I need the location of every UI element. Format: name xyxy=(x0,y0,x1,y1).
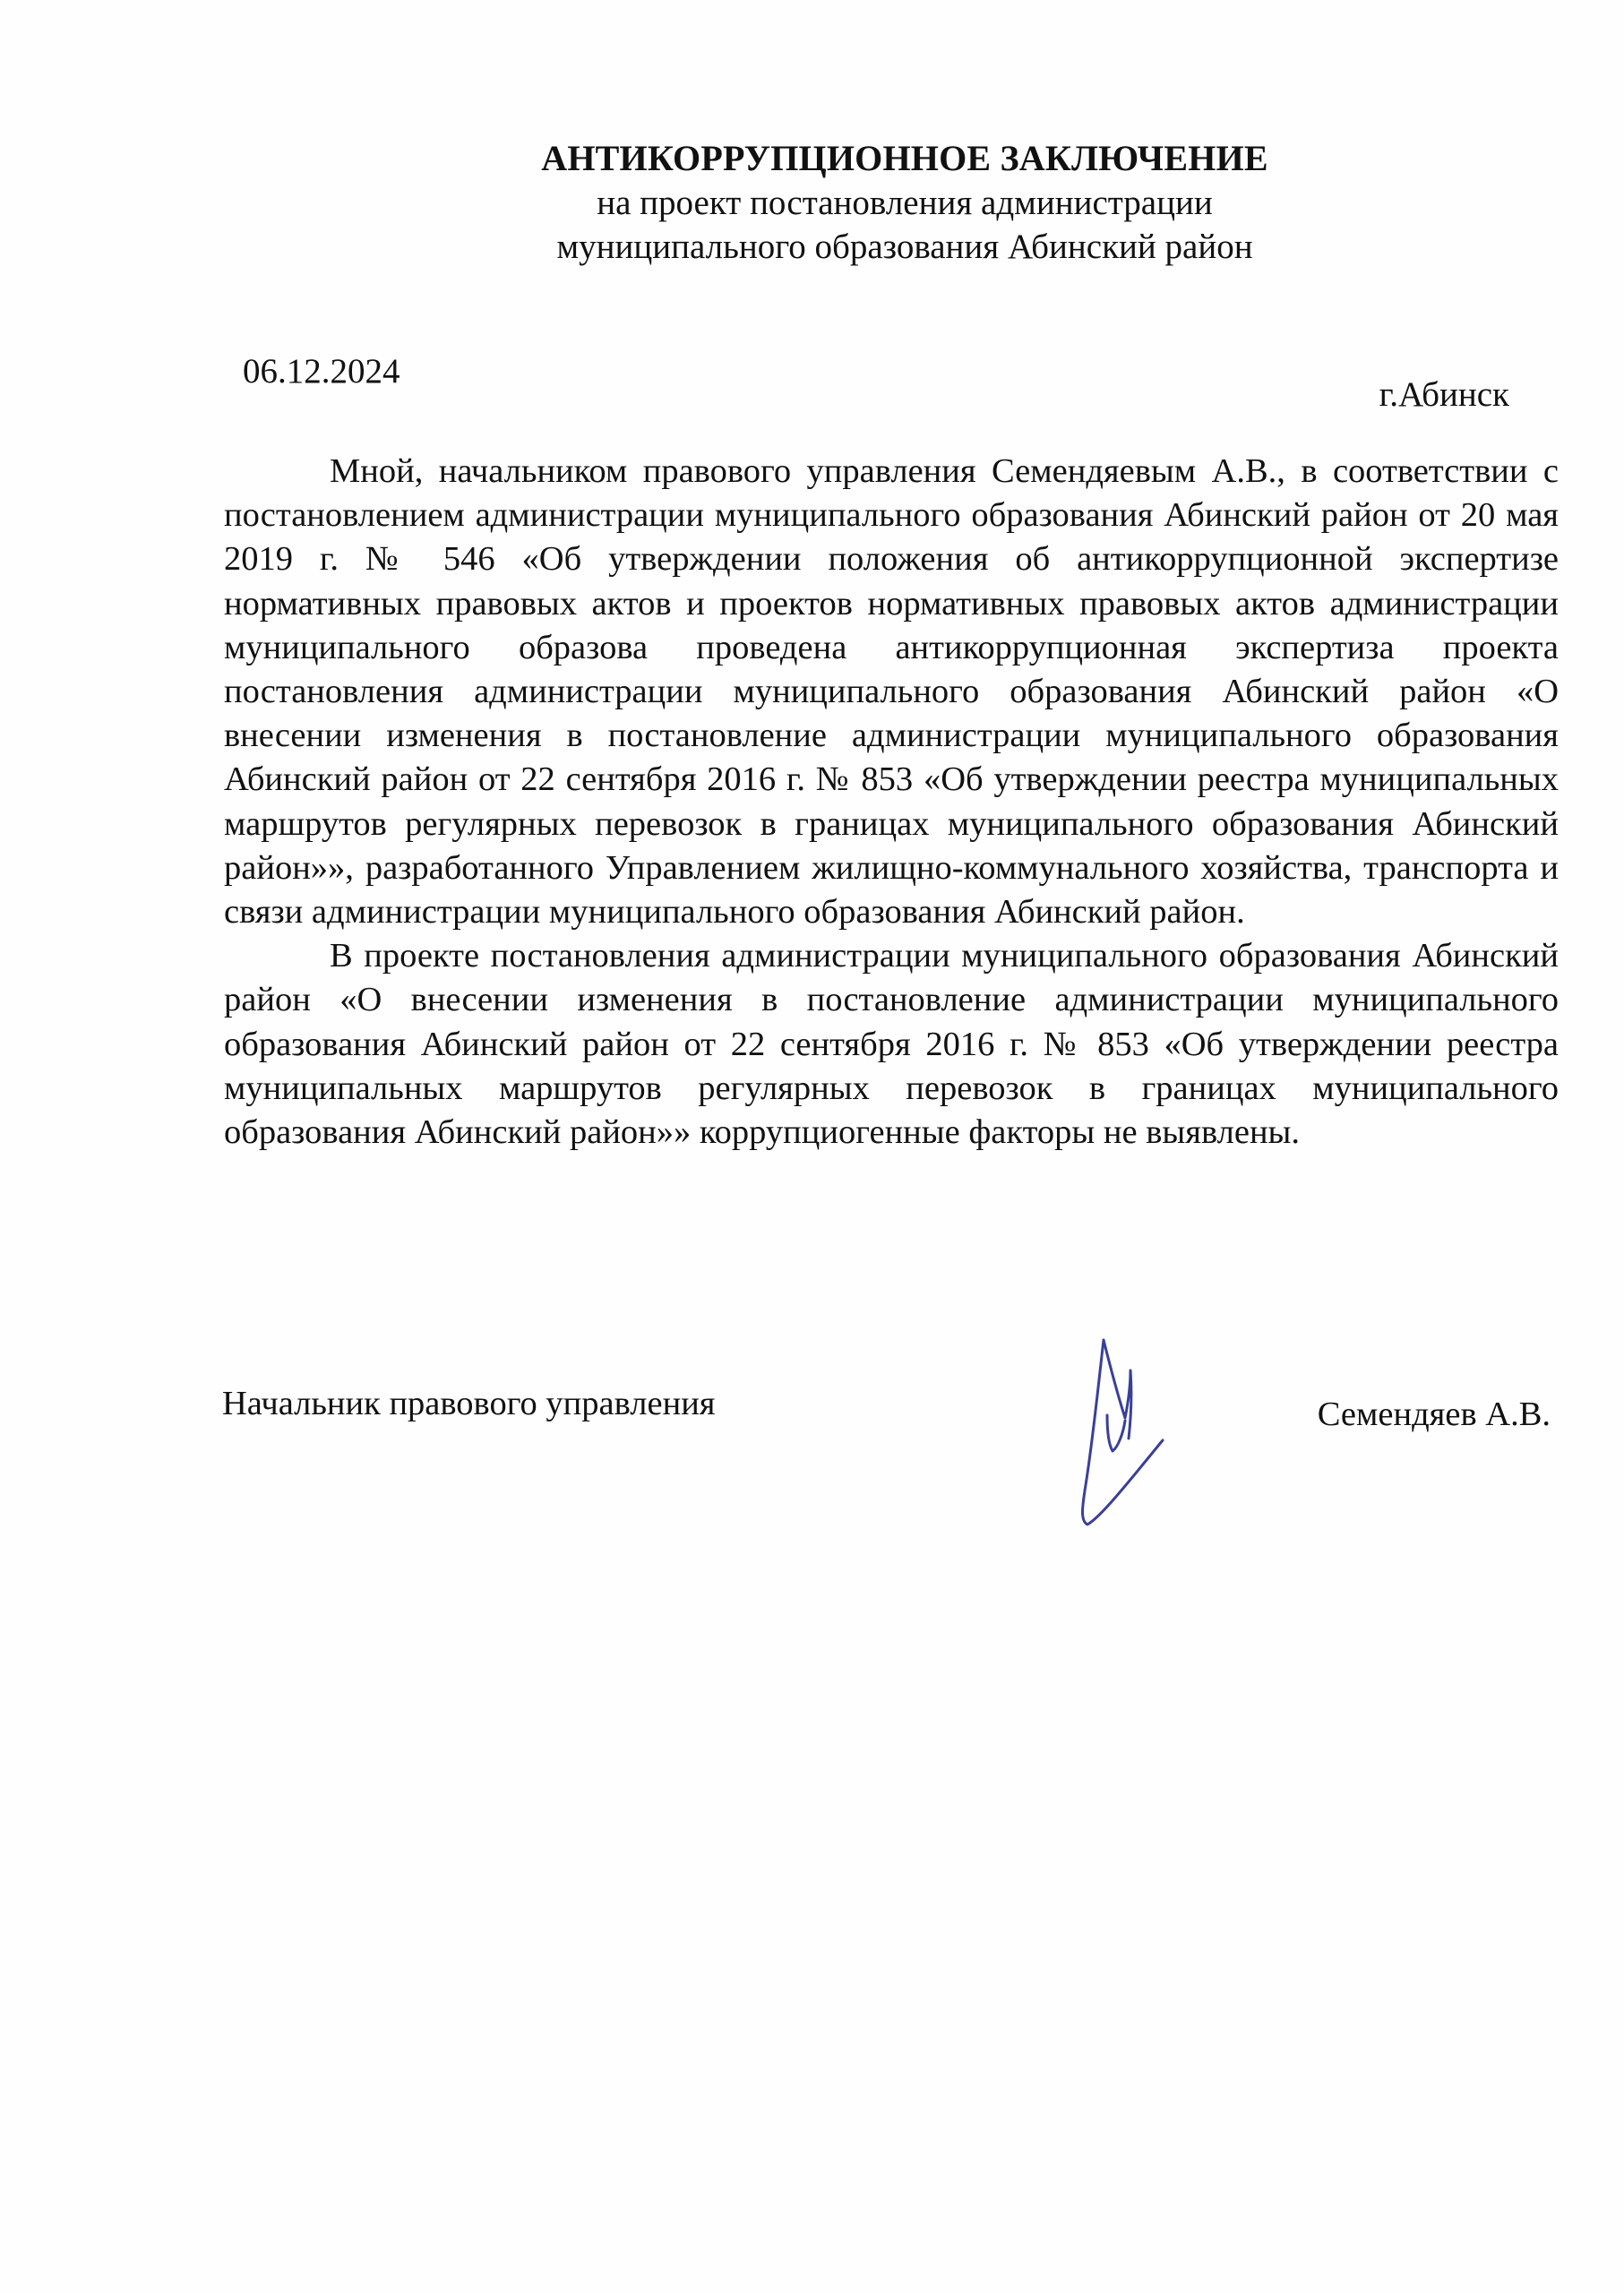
body-paragraph-1: Мной, начальником правового управления С… xyxy=(224,450,1559,934)
body-paragraph-2: В проекте постановления администрации му… xyxy=(224,934,1559,1155)
signoff-name: Семендяев А.В. xyxy=(1318,1394,1551,1435)
document-date: 06.12.2024 xyxy=(243,351,400,392)
handwritten-signature-icon xyxy=(1066,1333,1182,1534)
document-body: Мной, начальником правового управления С… xyxy=(224,450,1559,1155)
document-subtitle-line-2: муниципального образования Абинский райо… xyxy=(502,225,1308,269)
document-header: АНТИКОРРУПЦИОННОЕ ЗАКЛЮЧЕНИЕ на проект п… xyxy=(502,136,1308,269)
document-subtitle-line-1: на проект постановления администрации xyxy=(502,181,1308,225)
document-page: АНТИКОРРУПЦИОННОЕ ЗАКЛЮЧЕНИЕ на проект п… xyxy=(0,0,1624,2293)
document-title: АНТИКОРРУПЦИОННОЕ ЗАКЛЮЧЕНИЕ xyxy=(502,136,1308,181)
document-city: г.Абинск xyxy=(1379,374,1509,416)
signoff-position: Начальник правового управления xyxy=(222,1383,716,1424)
